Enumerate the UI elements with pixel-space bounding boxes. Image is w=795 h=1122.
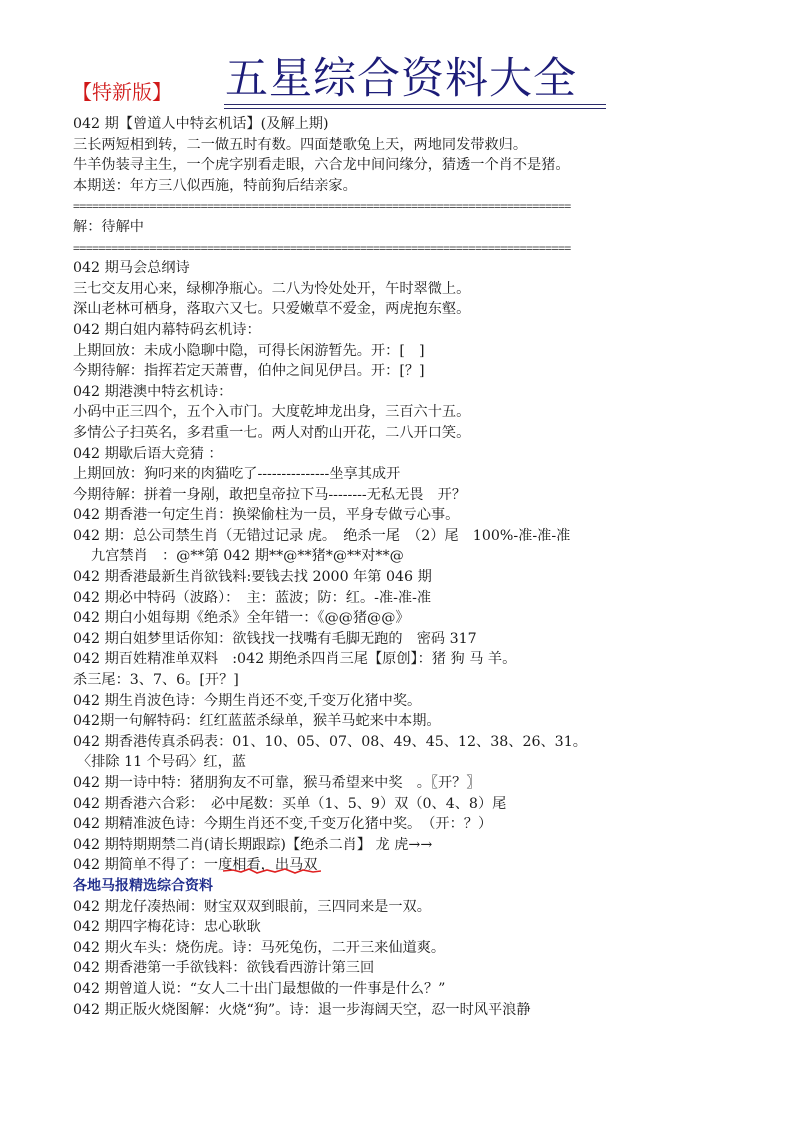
section-heading-regional: 各地马报精选综合资料	[73, 876, 753, 897]
info-line: 042期一句解特码：红红蓝蓝杀绿单，猴羊马蛇来中本期。	[73, 711, 753, 732]
separator: ========================================…	[73, 238, 688, 259]
review-line: 上期回放：未成小隐聊中隐，可得长闲游暂先。开：[ ]	[73, 341, 753, 362]
poem-line: 小码中正三四个，五个入市门。大度乾坤龙出身，三百六十五。	[73, 402, 753, 423]
info-line: 042 期生肖波色诗：今期生肖还不变,千变万化猪中奖。	[73, 691, 753, 712]
info-line: 042 期必中特码（波路）： 主：蓝波；防：红。-准-准-准	[73, 588, 753, 609]
info-line: 042 期百姓精准单双料 :042 期绝杀四肖三尾【原创】：猪 狗 马 羊。	[73, 649, 753, 670]
review-line: 上期回放：狗叼来的肉猫吃了---------------坐享其成开	[73, 464, 753, 485]
document-header: 【特新版】 五星综合资料大全	[72, 56, 617, 112]
red-scribble-mark	[223, 867, 321, 875]
document-body: 042 期【曾道人中特玄机话】(及解上期) 三长两短相到转，二一做五时有数。四面…	[73, 114, 753, 1020]
info-line: 042 期香港一句定生肖：换梁偷柱为一员，平身专做亏心事。	[73, 505, 753, 526]
info-line: 042 期一诗中特：猪朋狗友不可靠，猴马希望来中奖 。〖开？〗	[73, 773, 753, 794]
page-title: 五星综合资料大全	[225, 54, 577, 104]
section-heading-mahui: 042 期马会总纲诗	[73, 258, 753, 279]
poem-line: 牛羊伪装寻主生，一个虎字别看走眼，六合龙中间问缘分，猜透一个肖不是猪。	[73, 155, 753, 176]
section-heading-gangao: 042 期港澳中特玄机诗：	[73, 382, 753, 403]
gift-line: 本期送：年方三八似西施，特前狗后结亲家。	[73, 176, 753, 197]
poem-line: 深山老林可栖身，落取六又七。只爱嫩草不爱金，两虎抱东壑。	[73, 299, 753, 320]
poem-line: 多情公子扫英名，多君重一七。两人对酌山开花，二八开口笑。	[73, 423, 753, 444]
info-line: 042 期香港最新生肖欲钱料:要钱去找 2000 年第 046 期	[73, 567, 753, 588]
info-line-indented: 九宫禁肖 ：@**第 042 期**@**猪*@**对**@	[73, 546, 753, 567]
info-line: 042 期龙仔凑热闹：财宝双双到眼前，三四同来是一双。	[73, 897, 753, 918]
edition-badge: 【特新版】	[72, 76, 172, 105]
info-line: 042 期正版火烧图解：火烧“狗”。诗：退一步海阔天空，忍一时风平浪静	[73, 1000, 753, 1021]
info-line: 042 期香港第一手欲钱料：欲钱看西游计第三回	[73, 958, 753, 979]
info-line: 042 期香港传真杀码表：01、10、05、07、08、49、45、12、38、…	[73, 732, 753, 753]
poem-line: 三七交友用心来，绿柳净瓶心。二八为怜处处开，午时翠微上。	[73, 279, 753, 300]
title-underline	[224, 104, 606, 105]
poem-line: 三长两短相到转，二一做五时有数。四面楚歌兔上天，两地同发带救归。	[73, 135, 753, 156]
pending-line: 今期待解：拼着一身剐，敢把皇帝拉下马--------无私无畏 开？	[73, 485, 753, 506]
separator: ========================================…	[73, 196, 688, 217]
info-line: 042 期精准波色诗：今期生肖还不变,千变万化猪中奖。 （开：？）	[73, 814, 753, 835]
info-line: 杀三尾：3、7、6。[开？]	[73, 670, 753, 691]
section-heading-zengdaoren: 042 期【曾道人中特玄机话】(及解上期)	[73, 114, 753, 135]
info-line: 042 期香港六合彩： 必中尾数：买单（1、5、9）双（0、4、8）尾	[73, 794, 753, 815]
section-heading-xiehouyu: 042 期歇后语大竞猜 ：	[73, 444, 753, 465]
info-line-indented: 〈排除 11 个号码〉红，蓝	[73, 752, 753, 773]
document-page: 【特新版】 五星综合资料大全 042 期【曾道人中特玄机话】(及解上期) 三长两…	[0, 0, 795, 1122]
solution-line: 解：待解中	[73, 217, 753, 238]
info-line: 042 期：总公司禁生肖（无错过记录 虎。 绝杀一尾 （2）尾 100%-准-准…	[73, 526, 753, 547]
info-line-with-scribble: 042 期简单不得了：一度相看，出马双	[73, 855, 753, 876]
info-line: 042 期曾道人说：“女人二十出门最想做的一件事是什么？”	[73, 979, 753, 1000]
pending-line: 今期待解：指挥若定天萧曹，伯仲之间见伊吕。开：[？]	[73, 361, 753, 382]
info-line: 042 期白小姐每期《绝杀》全年错一：《@@猪@@》	[73, 608, 753, 629]
info-line: 042 期火车头：烧伤虎。诗：马死兔伤，二开三来仙道爽。	[73, 938, 753, 959]
section-heading-baijie: 042 期白姐内幕特码玄机诗：	[73, 320, 753, 341]
scribble-wrap: 042 期简单不得了：一度相看，出马双	[73, 855, 317, 876]
info-line: 042 期特期期禁二肖(请长期跟踪)【绝杀二肖】 龙 虎→→	[73, 835, 753, 856]
info-line: 042 期白姐梦里话你知：欲钱找一找嘴有毛脚无跑的 密码 317	[73, 629, 753, 650]
title-underline-second	[224, 108, 606, 109]
info-line: 042 期四字梅花诗：忠心耿耿	[73, 917, 753, 938]
